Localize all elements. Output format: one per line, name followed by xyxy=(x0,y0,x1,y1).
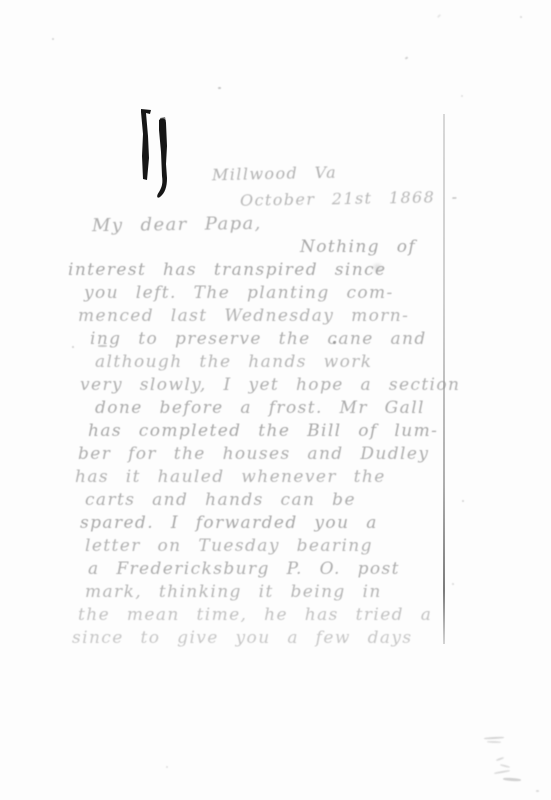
ink-speck xyxy=(462,500,464,502)
handwriting-line: has completed the Bill of lum- xyxy=(88,420,482,443)
opening-words: Nothing of xyxy=(300,237,416,257)
salutation: My dear Papa, xyxy=(92,213,262,236)
ink-blot-icon xyxy=(136,106,192,198)
handwriting-line: menced last Wednesday morn- xyxy=(78,305,482,328)
handwriting-line: has it hauled whenever the xyxy=(75,466,482,489)
handwriting-line: mark, thinking it being in xyxy=(85,581,482,604)
ink-speck xyxy=(405,56,409,59)
ink-speck xyxy=(218,87,221,89)
handwriting-line: a Fredericksburg P. O. post xyxy=(88,558,482,581)
ink-speck xyxy=(333,341,336,344)
ink-speck xyxy=(487,741,501,743)
dateline-place: Millwood Va xyxy=(212,163,337,185)
ink-speck xyxy=(494,770,510,775)
handwriting-line: done before a frost. Mr Gall xyxy=(95,397,482,420)
dateline-date: October 21st 1868 - xyxy=(240,187,459,210)
handwriting-line: although the hands work xyxy=(95,351,482,374)
ink-speck xyxy=(520,16,522,18)
handwriting-line: letter on Tuesday bearing xyxy=(85,535,482,558)
ink-speck xyxy=(166,766,168,768)
letter-body: interest has transpired sinceyou left. T… xyxy=(62,259,482,650)
ink-speck xyxy=(536,790,539,792)
ink-speck xyxy=(496,757,504,762)
handwriting-line: very slowly, I yet hope a section xyxy=(80,374,482,397)
handwriting-line: spared. I forwarded you a xyxy=(80,512,482,535)
handwriting-line: ing to preserve the cane and xyxy=(90,328,482,351)
handwriting-line: ber for the houses and Dudley xyxy=(78,443,482,466)
ink-speck xyxy=(484,736,504,739)
handwriting-line: carts and hands can be xyxy=(85,489,482,512)
handwriting-line: you left. The planting com- xyxy=(84,282,482,305)
ink-speck xyxy=(500,764,510,769)
ink-speck xyxy=(52,38,54,40)
ink-speck xyxy=(503,777,521,781)
ink-speck xyxy=(72,346,74,348)
ink-speck xyxy=(98,345,107,347)
ink-speck xyxy=(452,583,454,585)
scanned-letter-page: Millwood Va October 21st 1868 - My dear … xyxy=(0,0,551,800)
handwriting-line: the mean time, he has tried a xyxy=(78,604,482,627)
ink-speck xyxy=(461,95,463,97)
ink-speck xyxy=(437,14,441,18)
handwriting-line: interest has transpired since xyxy=(68,259,482,282)
handwriting-line: since to give you a few days xyxy=(72,627,482,650)
